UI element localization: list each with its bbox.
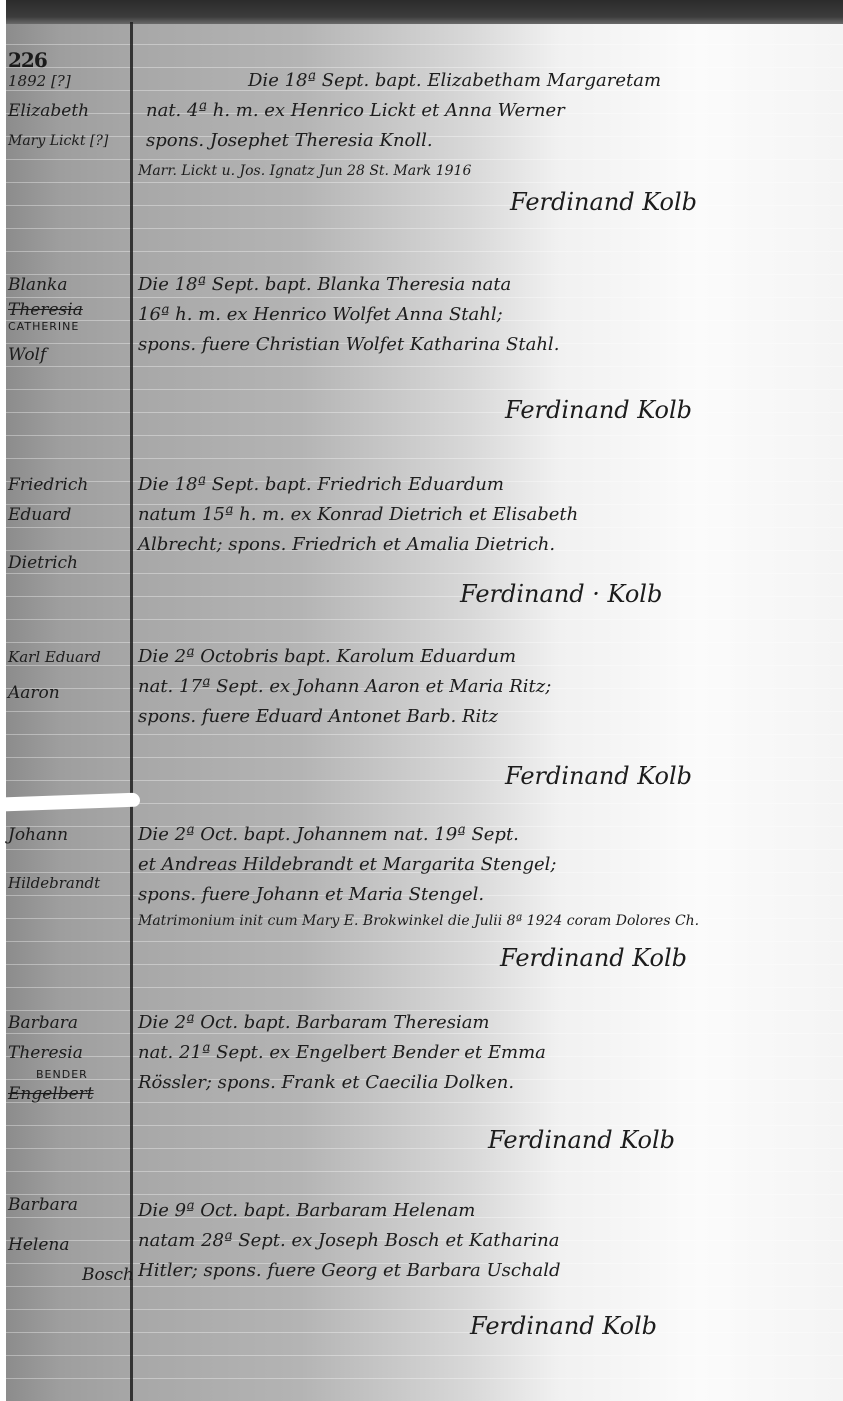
entry-line: Die 2ª Octobris bapt. Karolum Eduardum <box>138 642 828 672</box>
margin-name-entry-2: Blanka Theresia CATHERINE Wolf <box>8 270 130 370</box>
margin-name-entry-3: Friedrich Eduard Dietrich <box>8 470 130 578</box>
margin-line: Helena <box>8 1230 130 1260</box>
baptism-entry-6: Die 2ª Oct. bapt. Barbaram Theresiam nat… <box>138 1008 828 1098</box>
baptism-entry-2: Die 18ª Sept. bapt. Blanka Theresia nata… <box>138 270 828 360</box>
priest-signature: Ferdinand Kolb <box>510 188 697 216</box>
entry-line: spons. fuere Christian Wolfet Katharina … <box>138 330 828 360</box>
margin-rule-line <box>130 22 133 1401</box>
entry-line: nat. 4ª h. m. ex Henrico Lickt et Anna W… <box>138 96 828 126</box>
margin-line: 1892 [?] <box>8 66 130 96</box>
baptism-entry-7: Die 9ª Oct. bapt. Barbaram Helenam natam… <box>138 1196 828 1286</box>
entry-line: spons. fuere Eduard Antonet Barb. Ritz <box>138 702 828 732</box>
paper-tear <box>0 793 140 812</box>
entry-line: Albrecht; spons. Friedrich et Amalia Die… <box>138 530 828 560</box>
baptism-entry-3: Die 18ª Sept. bapt. Friedrich Eduardum n… <box>138 470 828 560</box>
entry-line: Rössler; spons. Frank et Caecilia Dolken… <box>138 1068 828 1098</box>
entry-line: Die 2ª Oct. bapt. Barbaram Theresiam <box>138 1008 828 1038</box>
baptism-entry-4: Die 2ª Octobris bapt. Karolum Eduardum n… <box>138 642 828 732</box>
entry-line: nat. 21ª Sept. ex Engelbert Bender et Em… <box>138 1038 828 1068</box>
margin-line: Dietrich <box>8 548 130 578</box>
margin-line: Aaron <box>8 678 130 708</box>
scan-left-edge <box>0 0 6 1401</box>
entry-line: Die 18ª Sept. bapt. Friedrich Eduardum <box>138 470 828 500</box>
margin-line: Elizabeth <box>8 96 130 126</box>
priest-signature: Ferdinand Kolb <box>488 1126 675 1154</box>
entry-line: nat. 17ª Sept. ex Johann Aaron et Maria … <box>138 672 828 702</box>
priest-signature: Ferdinand Kolb <box>470 1312 657 1340</box>
priest-signature: Ferdinand · Kolb <box>460 580 662 608</box>
margin-line: Wolf <box>8 340 130 370</box>
margin-line: Hildebrandt <box>8 868 130 898</box>
margin-line: Bosch <box>8 1260 130 1290</box>
entry-line: natum 15ª h. m. ex Konrad Dietrich et El… <box>138 500 828 530</box>
entry-line: spons. Josephet Theresia Knoll. <box>138 126 828 156</box>
margin-line-struck: Engelbert <box>8 1082 130 1106</box>
margin-line: Barbara <box>8 1190 130 1220</box>
margin-correction: BENDER <box>8 1068 130 1082</box>
margin-name-entry-4: Karl Eduard Aaron <box>8 642 130 708</box>
baptism-entry-1: Die 18ª Sept. bapt. Elizabetham Margaret… <box>138 66 828 186</box>
margin-line: Eduard <box>8 500 130 530</box>
margin-name-entry-7: Barbara Helena Bosch <box>8 1190 130 1290</box>
margin-line: Johann <box>8 820 130 850</box>
priest-signature: Ferdinand Kolb <box>500 944 687 972</box>
margin-line: Karl Eduard <box>8 642 130 672</box>
entry-line: spons. fuere Johann et Maria Stengel. <box>138 880 828 910</box>
margin-name-entry-5: Johann Hildebrandt <box>8 820 130 898</box>
scan-top-shadow <box>0 0 843 24</box>
priest-signature: Ferdinand Kolb <box>505 396 692 424</box>
margin-line-struck: Theresia <box>8 300 130 320</box>
margin-line: Blanka <box>8 270 130 300</box>
margin-correction: CATHERINE <box>8 320 130 334</box>
entry-line: Die 18ª Sept. bapt. Blanka Theresia nata <box>138 270 828 300</box>
priest-signature: Ferdinand Kolb <box>505 762 692 790</box>
entry-line: Die 2ª Oct. bapt. Johannem nat. 19ª Sept… <box>138 820 828 850</box>
entry-line: Hitler; spons. fuere Georg et Barbara Us… <box>138 1256 828 1286</box>
entry-line: natam 28ª Sept. ex Joseph Bosch et Katha… <box>138 1226 828 1256</box>
margin-line: Mary Lickt [?] <box>8 126 130 156</box>
entry-line: Die 9ª Oct. bapt. Barbaram Helenam <box>138 1196 828 1226</box>
margin-line: Barbara <box>8 1008 130 1038</box>
margin-line: Theresia <box>8 1038 130 1068</box>
register-page: 226 1892 [?] Elizabeth Mary Lickt [?] Di… <box>0 0 843 1401</box>
margin-name-entry-1: 1892 [?] Elizabeth Mary Lickt [?] <box>8 66 130 156</box>
entry-line: 16ª h. m. ex Henrico Wolfet Anna Stahl; <box>138 300 828 330</box>
baptism-entry-5: Die 2ª Oct. bapt. Johannem nat. 19ª Sept… <box>138 820 828 932</box>
margin-line: Friedrich <box>8 470 130 500</box>
margin-name-entry-6: Barbara Theresia BENDER Engelbert <box>8 1008 130 1106</box>
entry-line: Die 18ª Sept. bapt. Elizabetham Margaret… <box>138 66 828 96</box>
marriage-annotation: Matrimonium init cum Mary E. Brokwinkel … <box>138 910 828 932</box>
entry-line: et Andreas Hildebrandt et Margarita Sten… <box>138 850 828 880</box>
entry-annotation: Marr. Lickt u. Jos. Ignatz Jun 28 St. Ma… <box>138 156 828 186</box>
